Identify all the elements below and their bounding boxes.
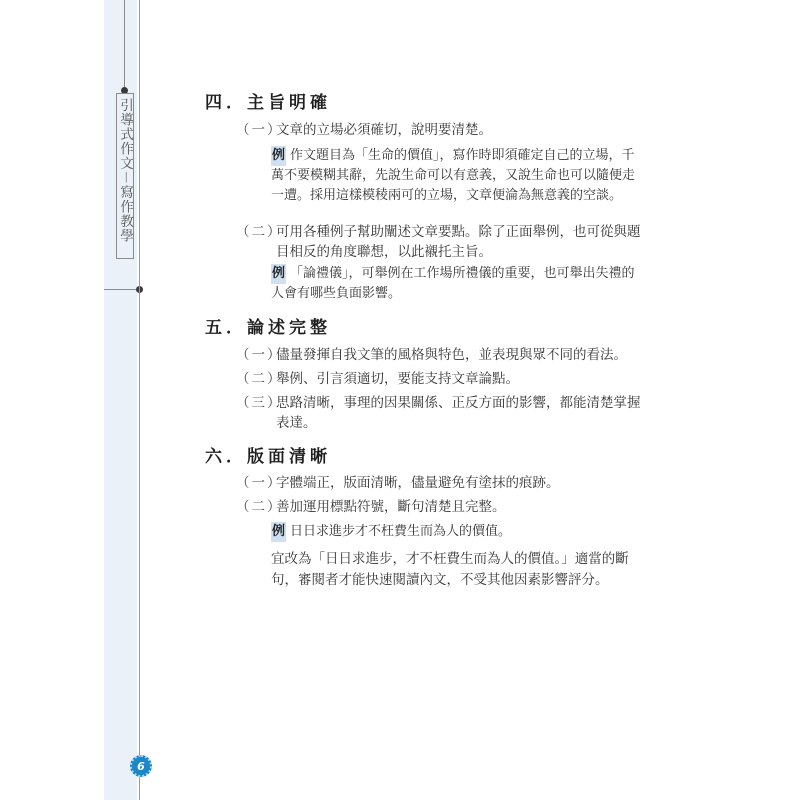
book-title: 引導式作文－寫作教學 [117, 94, 133, 243]
item-text: 儘量發揮自我文筆的風格與特色，並表現與眾不同的看法。 [276, 345, 641, 365]
list-item: （二） 可用各種例子幫助闡述文章要點。除了正面舉例，也可從與題目相反的角度聯想，… [236, 222, 641, 262]
example-block: 例作文題目為「生命的價值」，寫作時即須確定自己的立場，千萬不要模糊其辭，先說生命… [271, 146, 641, 206]
sidebar-top-line [124, 0, 125, 90]
example-block: 例「論禮儀」，可舉例在工作場所禮儀的重要，也可舉出失禮的人會有哪些負面影響。 [271, 264, 641, 304]
item-text: 善加運用標點符號，斷句清楚且完整。 [276, 497, 641, 517]
section-title: 四．主旨明確 [205, 88, 331, 113]
list-item: （一） 字體端正，版面清晰，儘量避免有塗抹的痕跡。 [236, 473, 641, 493]
item-text: 字體端正，版面清晰，儘量避免有塗抹的痕跡。 [276, 473, 641, 493]
example-block: 例日日求進步才不枉費生而為人的價值。 [271, 522, 641, 542]
sidebar-divider [104, 289, 140, 290]
example-label: 例 [271, 522, 286, 542]
example-label: 例 [271, 264, 286, 284]
section-title: 六．版面清晰 [205, 442, 331, 467]
item-text: 思路清晰，事理的因果關係、正反方面的影響，都能清楚掌握表達。 [276, 393, 641, 433]
list-item: （一） 文章的立場必須確切，說明要清楚。 [236, 120, 641, 140]
item-number: （二） [236, 369, 276, 389]
example-explanation: 宜改為「日日求進步，才不枉費生而為人的價值。」適當的斷句，審閱者才能快速閱讀內文… [271, 549, 641, 591]
item-number: （三） [236, 393, 276, 433]
item-text: 舉例、引言須適切，要能支持文章論點。 [276, 369, 641, 389]
item-text: 文章的立場必須確切，說明要清楚。 [276, 120, 641, 140]
list-item: （三） 思路清晰，事理的因果關係、正反方面的影響，都能清楚掌握表達。 [236, 393, 641, 433]
list-item: （二） 舉例、引言須適切，要能支持文章論點。 [236, 369, 641, 389]
section-title: 五．論述完整 [205, 313, 331, 338]
item-number: （二） [236, 497, 276, 517]
example-label: 例 [271, 146, 286, 166]
example-text: 日日求進步才不枉費生而為人的價值。 [290, 524, 511, 539]
page-number-badge: 6 [130, 755, 152, 777]
item-number: （一） [236, 120, 276, 140]
book-title-box: 引導式作文－寫作教學 [116, 93, 134, 259]
example-text: 作文題目為「生命的價值」，寫作時即須確定自己的立場，千萬不要模糊其辭，先說生命可… [271, 148, 635, 203]
item-text: 可用各種例子幫助闡述文章要點。除了正面舉例，也可從與題目相反的角度聯想，以此襯托… [276, 222, 641, 262]
list-item: （一） 儘量發揮自我文筆的風格與特色，並表現與眾不同的看法。 [236, 345, 641, 365]
margin-line [139, 0, 140, 800]
example-text: 「論禮儀」，可舉例在工作場所禮儀的重要，也可舉出失禮的人會有哪些負面影響。 [271, 266, 635, 301]
item-number: （一） [236, 345, 276, 365]
list-item: （二） 善加運用標點符號，斷句清楚且完整。 [236, 497, 641, 517]
item-number: （二） [236, 222, 276, 262]
item-number: （一） [236, 473, 276, 493]
